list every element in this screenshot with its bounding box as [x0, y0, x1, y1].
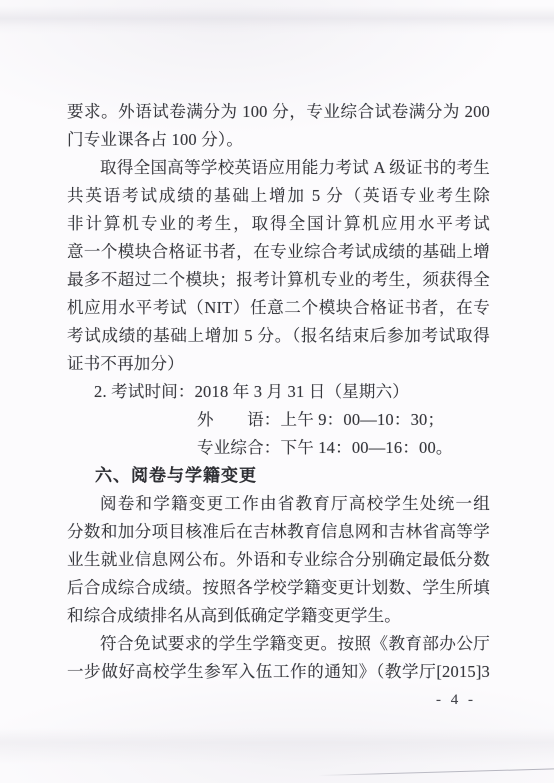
text-line: 共英语考试成绩的基础上增加 5 分（英语专业考生除外）；报考 — [67, 182, 490, 210]
document-lines: 要求。外语试卷满分为 100 分，专业综合试卷满分为 200 分（二门专业课各占… — [67, 98, 490, 686]
text-line: 取得全国高等学校英语应用能力考试 A 级证书的考生在公 — [67, 154, 490, 182]
text-line: 后合成综合成绩。按照各学校学籍变更计划数、学生所填报志愿 — [67, 574, 490, 602]
text-line: 符合免试要求的学生学籍变更。按照《教育部办公厅关于进 — [67, 630, 490, 658]
text-line: 专业综合：下午 14：00—16：00。 — [67, 434, 490, 462]
text-line: 2. 考试时间：2018 年 3 月 31 日（星期六） — [67, 378, 490, 406]
text-line: 外 语：上午 9：00—10：30； — [67, 406, 490, 434]
scan-page-edge-line — [318, 768, 554, 776]
scan-noise-band-bottom — [0, 728, 554, 764]
text-line: 分数和加分项目核准后在吉林教育信息网和吉林省高等学校毕 — [67, 518, 490, 546]
text-line: 考试成绩的基础上增加 5 分。（报名结束后参加考试取得的相关 — [67, 322, 490, 350]
text-line: 最多不超过二个模块；报考计算机专业的考生，须获得全国计算 — [67, 266, 490, 294]
text-line: 非计算机专业的考生，取得全国计算机应用水平考试（NIT）任 — [67, 210, 490, 238]
page-number: - 4 - — [436, 692, 476, 709]
text-line: 机应用水平考试（NIT）任意二个模块合格证书者，在专业综合 — [67, 294, 490, 322]
text-line: 门专业课各占 100 分）。 — [67, 126, 490, 154]
scanned-document-page: 要求。外语试卷满分为 100 分，专业综合试卷满分为 200 分（二门专业课各占… — [0, 0, 554, 783]
text-line: 业生就业信息网公布。外语和专业综合分别确定最低分数线，然 — [67, 546, 490, 574]
section-heading: 六、阅卷与学籍变更 — [67, 462, 490, 490]
text-line: 一步做好高校学生参军入伍工作的通知》（教学厅[2015]3 号）、 — [67, 658, 490, 686]
scan-noise-band-top — [0, 6, 554, 34]
text-line: 阅卷和学籍变更工作由省教育厅高校学生处统一组织。试卷 — [67, 490, 490, 518]
text-line: 和综合成绩排名从高到低确定学籍变更学生。 — [67, 602, 490, 630]
text-line: 证书不再加分） — [67, 350, 490, 378]
text-line: 要求。外语试卷满分为 100 分，专业综合试卷满分为 200 分（二 — [67, 98, 490, 126]
text-line: 意一个模块合格证书者，在专业综合考试成绩的基础上增加 5 分， — [67, 238, 490, 266]
